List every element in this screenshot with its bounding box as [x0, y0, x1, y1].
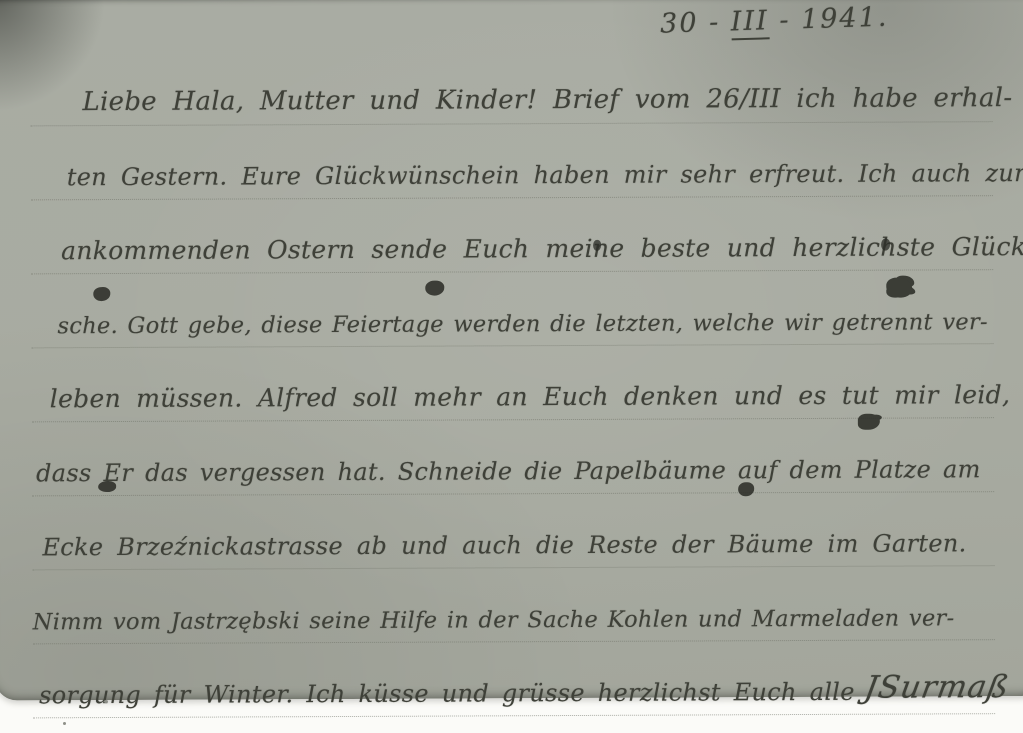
- letter-line-text: Nimm vom Jastrzębski seine Hilfe in der …: [33, 605, 955, 635]
- letter-line-text: ten Gestern. Eure Glückwünschein haben m…: [67, 159, 1023, 191]
- letter-line-text: Ecke Brzeźnickastrasse ab und auch die R…: [42, 529, 966, 561]
- letter-line: sche. Gott gebe, diese Feiertage werden …: [31, 270, 993, 348]
- signature: JSurmaß: [862, 669, 1012, 706]
- letter-line-text: dass Er das vergessen hat. Schneide die …: [36, 455, 981, 487]
- letter-line: sorgung für Winter. Ich küsse und grüsse…: [33, 640, 995, 718]
- letter-line: ankommenden Ostern sende Euch meine best…: [31, 196, 993, 274]
- date-day: 30 -: [660, 7, 721, 40]
- paper-speck: [104, 700, 108, 703]
- letter-line: Nimm vom Jastrzębski seine Hilfe in der …: [33, 566, 995, 644]
- letter-line: dass Er das vergessen hat. Schneide die …: [32, 418, 994, 496]
- postcard: 30 - III - 1941. Liebe Hala, Mutter und …: [0, 0, 1023, 701]
- ink-blot-scribble: [886, 278, 912, 298]
- letter-line: leben müssen. Alfred soll mehr an Euch d…: [32, 344, 994, 422]
- letter-line: Ecke Brzeźnickastrasse ab und auch die R…: [32, 492, 994, 570]
- paper-speck: [63, 722, 66, 725]
- letter-line-text: sorgung für Winter. Ich küsse und grüsse…: [39, 678, 855, 710]
- letter-line-text: ankommenden Ostern sende Euch meine best…: [61, 232, 1023, 265]
- letter-line: Liebe Hala, Mutter und Kinder! Brief vom…: [30, 48, 992, 126]
- date-year: - 1941.: [779, 2, 889, 36]
- date-line: 30 - III - 1941.: [660, 2, 889, 40]
- letter-body: Liebe Hala, Mutter und Kinder! Brief vom…: [30, 48, 995, 718]
- letter-line-text: leben müssen. Alfred soll mehr an Euch d…: [50, 380, 1011, 413]
- date-month-underlined: III: [730, 5, 769, 40]
- letter-line-text: sche. Gott gebe, diese Feiertage werden …: [57, 309, 988, 339]
- scan-background: 30 - III - 1941. Liebe Hala, Mutter und …: [0, 0, 1023, 733]
- letter-line-text: Liebe Hala, Mutter und Kinder! Brief vom…: [82, 83, 1012, 117]
- letter-line: ten Gestern. Eure Glückwünschein haben m…: [31, 122, 993, 200]
- ink-blot: [98, 481, 116, 492]
